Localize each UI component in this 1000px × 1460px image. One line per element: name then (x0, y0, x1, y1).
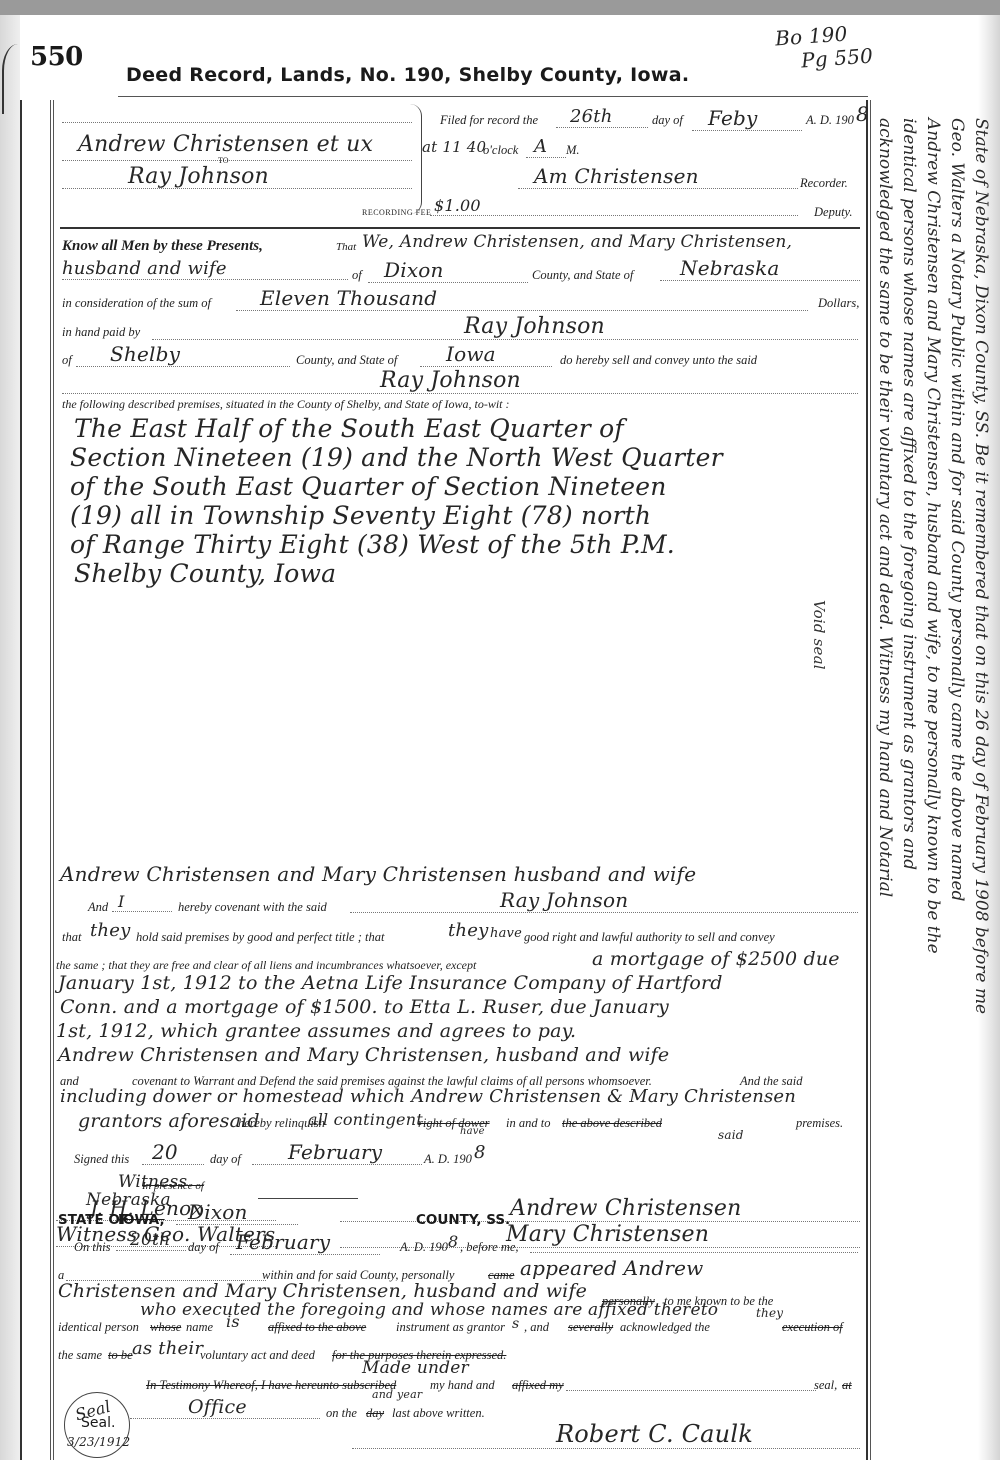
book-page-annotation: Bo 190 Pg 550 (775, 22, 915, 82)
dower-line: including dower or homestead which Andre… (60, 1086, 796, 1107)
margin-acknowledgment-note: State of Nebraska, Dixon County, SS. Be … (873, 118, 993, 1438)
party-bracket (410, 104, 422, 214)
scan-left-edge (0, 15, 20, 1460)
affixed-struck: affixed to the above (268, 1320, 366, 1335)
oclock-label: o'clock (483, 143, 518, 158)
relinquish-fill: all contingent (308, 1110, 423, 1129)
filing-section-rule (60, 227, 860, 229)
relinquish-prefix: grantors aforesaid (78, 1110, 260, 1132)
to-be-struck: to be (108, 1348, 133, 1363)
affixed-my-struck: affixed my (512, 1378, 564, 1393)
county-state-label: County, and State of (532, 268, 633, 283)
warrantors: Andrew Christensen and Mary Christensen,… (58, 1044, 669, 1066)
consideration-amount: Eleven Thousand (236, 286, 808, 311)
filed-meridiem: A (526, 136, 566, 158)
grantee-name: Ray Johnson (128, 164, 269, 189)
convey-label: do hereby sell and convey unto the said (560, 353, 757, 368)
page-title: Deed Record, Lands, No. 190, Shelby Coun… (126, 64, 689, 86)
premises-line: of the South East Quarter of Section Nin… (70, 472, 723, 501)
premises-line: of Range Thirty Eight (38) West of the 5… (70, 530, 723, 559)
premises-line: (19) all in Township Seventy Eight (78) … (70, 501, 723, 530)
margin-note-line: acknowledged the same to be their volunt… (873, 118, 897, 1438)
covenant-label: hereby covenant with the said (178, 900, 327, 915)
page-bracket (2, 44, 18, 114)
ack-persons: Christensen and Mary Christensen, husban… (58, 1280, 587, 1302)
margin-note-line: Geo. Walters a Notary Public within and … (945, 118, 969, 1438)
is-fill: is (226, 1312, 240, 1331)
seal-date: 3/23/1912 (67, 1435, 130, 1449)
recorder-signature: Am Christensen (518, 164, 798, 189)
margin-note-line: identical persons whose names are affixe… (897, 118, 921, 1438)
identical-label: identical person (58, 1320, 139, 1335)
notary-seal: Seal Seal. 3/23/1912 (64, 1392, 130, 1458)
premises-intro: the following described premises, situat… (62, 397, 510, 412)
premises-line: Section Nineteen (19) and the North West… (70, 443, 723, 472)
on-this-label: On this (74, 1240, 110, 1255)
recording-fee-label: RECORDING FEE (362, 208, 431, 217)
ack-state-struck: IOWA, (118, 1212, 165, 1228)
covenant-and-label: And (88, 900, 108, 915)
office: Office (130, 1396, 320, 1419)
as-their: as their (132, 1338, 203, 1359)
right-margin-rule-inner (870, 100, 871, 1460)
insert-said: said (718, 1128, 744, 1142)
header-rule (118, 96, 868, 97)
ack-month: February (230, 1230, 380, 1255)
signed-month: February (252, 1140, 422, 1165)
in-and-to: in and to (506, 1116, 550, 1131)
exception-line: Conn. and a mortgage of $1500. to Etta L… (60, 996, 669, 1018)
premises-description: The East Half of the South East Quarter … (70, 414, 723, 588)
recorder-label: Recorder. (800, 176, 848, 191)
ack-state-written: Nebraska (86, 1190, 171, 1210)
of-label-2: of (62, 353, 72, 368)
left-margin-rule (20, 100, 22, 1460)
ack-day: 20th (116, 1230, 186, 1251)
whose-struck: whose (150, 1320, 181, 1335)
grantee-county: Shelby (76, 342, 290, 367)
filed-month: Feby (692, 106, 802, 131)
ack-ad-label: A. D. 190 (400, 1240, 448, 1255)
covenantee-name: Ray Johnson (350, 888, 858, 913)
party-line-3 (62, 188, 412, 189)
before-me-line (530, 1252, 858, 1253)
county-state-label-2: County, and State of (296, 353, 397, 368)
ack-county-label: COUNTY, SS. (416, 1212, 510, 1228)
notary-signature: Robert C. Caulk (352, 1420, 860, 1449)
they-1: they (90, 920, 130, 941)
seal-label: seal, (814, 1378, 837, 1393)
ack-day-of: day of (188, 1240, 219, 1255)
signed-year-digit: 8 (474, 1142, 486, 1163)
signed-label: Signed this (74, 1152, 129, 1167)
right-margin-rule (866, 100, 868, 1460)
page-number: 550 (30, 42, 83, 72)
insert-have: have (460, 1126, 485, 1137)
dollars-label: Dollars, (818, 296, 859, 311)
title-text: hold said premises by good and perfect t… (136, 930, 384, 945)
party-line-2 (62, 160, 412, 161)
filed-year-digit: 8 (856, 102, 869, 126)
last-above: last above written. (392, 1406, 485, 1421)
filed-label: Filed for record the (440, 113, 538, 128)
filed-time: at 11 40 (422, 138, 486, 156)
signed-ad-label: A. D. 190 (424, 1152, 472, 1167)
of-label: of (352, 268, 362, 283)
premises-line: The East Half of the South East Quarter … (70, 414, 723, 443)
covenant-and-fill: I (112, 892, 172, 912)
covenantors: Andrew Christensen and Mary Christensen … (60, 862, 696, 886)
execution-struck: execution of (782, 1320, 843, 1335)
have-fill: have (490, 926, 522, 941)
instrument-text: instrument as grantor (396, 1320, 505, 1335)
name-label: name (186, 1320, 213, 1335)
they-insert: they (756, 1306, 783, 1320)
exception-line: January 1st, 1912 to the Aetna Life Insu… (58, 972, 723, 994)
margin-note-line: Andrew Christensen and Mary Christensen,… (921, 118, 945, 1438)
acknowledged: acknowledged the (620, 1320, 710, 1335)
severally-struck: severally (568, 1320, 613, 1335)
margin-note-line: State of Nebraska, Dixon County, SS. Be … (969, 118, 993, 1438)
filed-ad-label: A. D. 190 (806, 113, 854, 128)
seal-line (566, 1390, 816, 1391)
authority-text: good right and lawful authority to sell … (524, 930, 775, 945)
made-under: Made under (362, 1358, 469, 1378)
paid-by-label: in hand paid by (62, 325, 140, 340)
that-label: That (336, 241, 356, 253)
grantors-names: We, Andrew Christensen, and Mary Christe… (362, 232, 792, 252)
scan-top-edge (0, 0, 1000, 15)
grantor-suffix: s (512, 1316, 519, 1332)
grantor-state: Nebraska (660, 256, 860, 281)
margin-scribble: Void seal (810, 600, 828, 670)
and-year: and year (372, 1388, 422, 1401)
that-label-2: that (62, 930, 81, 945)
conveyed-to-name: Ray Johnson (62, 368, 858, 394)
consideration-label: in consideration of the sum of (62, 296, 211, 311)
grantee-state: Iowa (420, 342, 552, 367)
ack-county: Dixon (176, 1200, 298, 1225)
exception-line: 1st, 1912, which grantee assumes and agr… (56, 1020, 576, 1042)
my-hand: my hand and (430, 1378, 495, 1393)
free-clear-text: the same ; that they are free and clear … (56, 958, 476, 973)
appeared: appeared Andrew (520, 1256, 704, 1280)
date-struck: day (366, 1406, 384, 1421)
signed-day-of: day of (210, 1152, 241, 1167)
ack-county-rule (258, 1198, 358, 1199)
ack-year-digit: 8 (448, 1232, 458, 1251)
before-me: , before me, (460, 1240, 519, 1255)
and-label: , and (524, 1320, 549, 1335)
filed-day-of: day of (652, 113, 683, 128)
above-described-struck: the above described (562, 1116, 662, 1131)
exception-line: a mortgage of $2500 due (592, 948, 840, 970)
grantor-county: Dixon (368, 258, 528, 283)
at-struck: at (842, 1378, 852, 1393)
on-the: on the (326, 1406, 357, 1421)
they-2: they (448, 920, 488, 941)
left-margin-rule-inner2 (53, 100, 54, 1460)
signed-day: 20 (142, 1140, 204, 1165)
testimony-struck: In Testimony Whereof, I have hereunto su… (146, 1378, 396, 1393)
know-all-men: Know all Men by these Presents, (62, 238, 263, 255)
deputy-label: Deputy. (814, 205, 853, 220)
filed-day: 26th (556, 106, 648, 128)
seal-printed: Seal. (81, 1415, 115, 1431)
paid-by-name: Ray Johnson (152, 314, 858, 340)
party-line-1 (62, 122, 412, 123)
book-note-page: Pg 550 (800, 44, 873, 73)
m-label: M. (566, 143, 580, 158)
recording-fee: $1.00 (430, 196, 798, 216)
premises-end: premises. (796, 1116, 843, 1131)
premises-line: Shelby County, Iowa (70, 559, 723, 588)
relationship: husband and wife (62, 258, 348, 280)
same-label: the same (58, 1348, 102, 1363)
left-margin-rule-inner (50, 100, 51, 1460)
grantor-name: Andrew Christensen et ux (78, 132, 373, 157)
voluntary: voluntary act and deed (200, 1348, 315, 1363)
